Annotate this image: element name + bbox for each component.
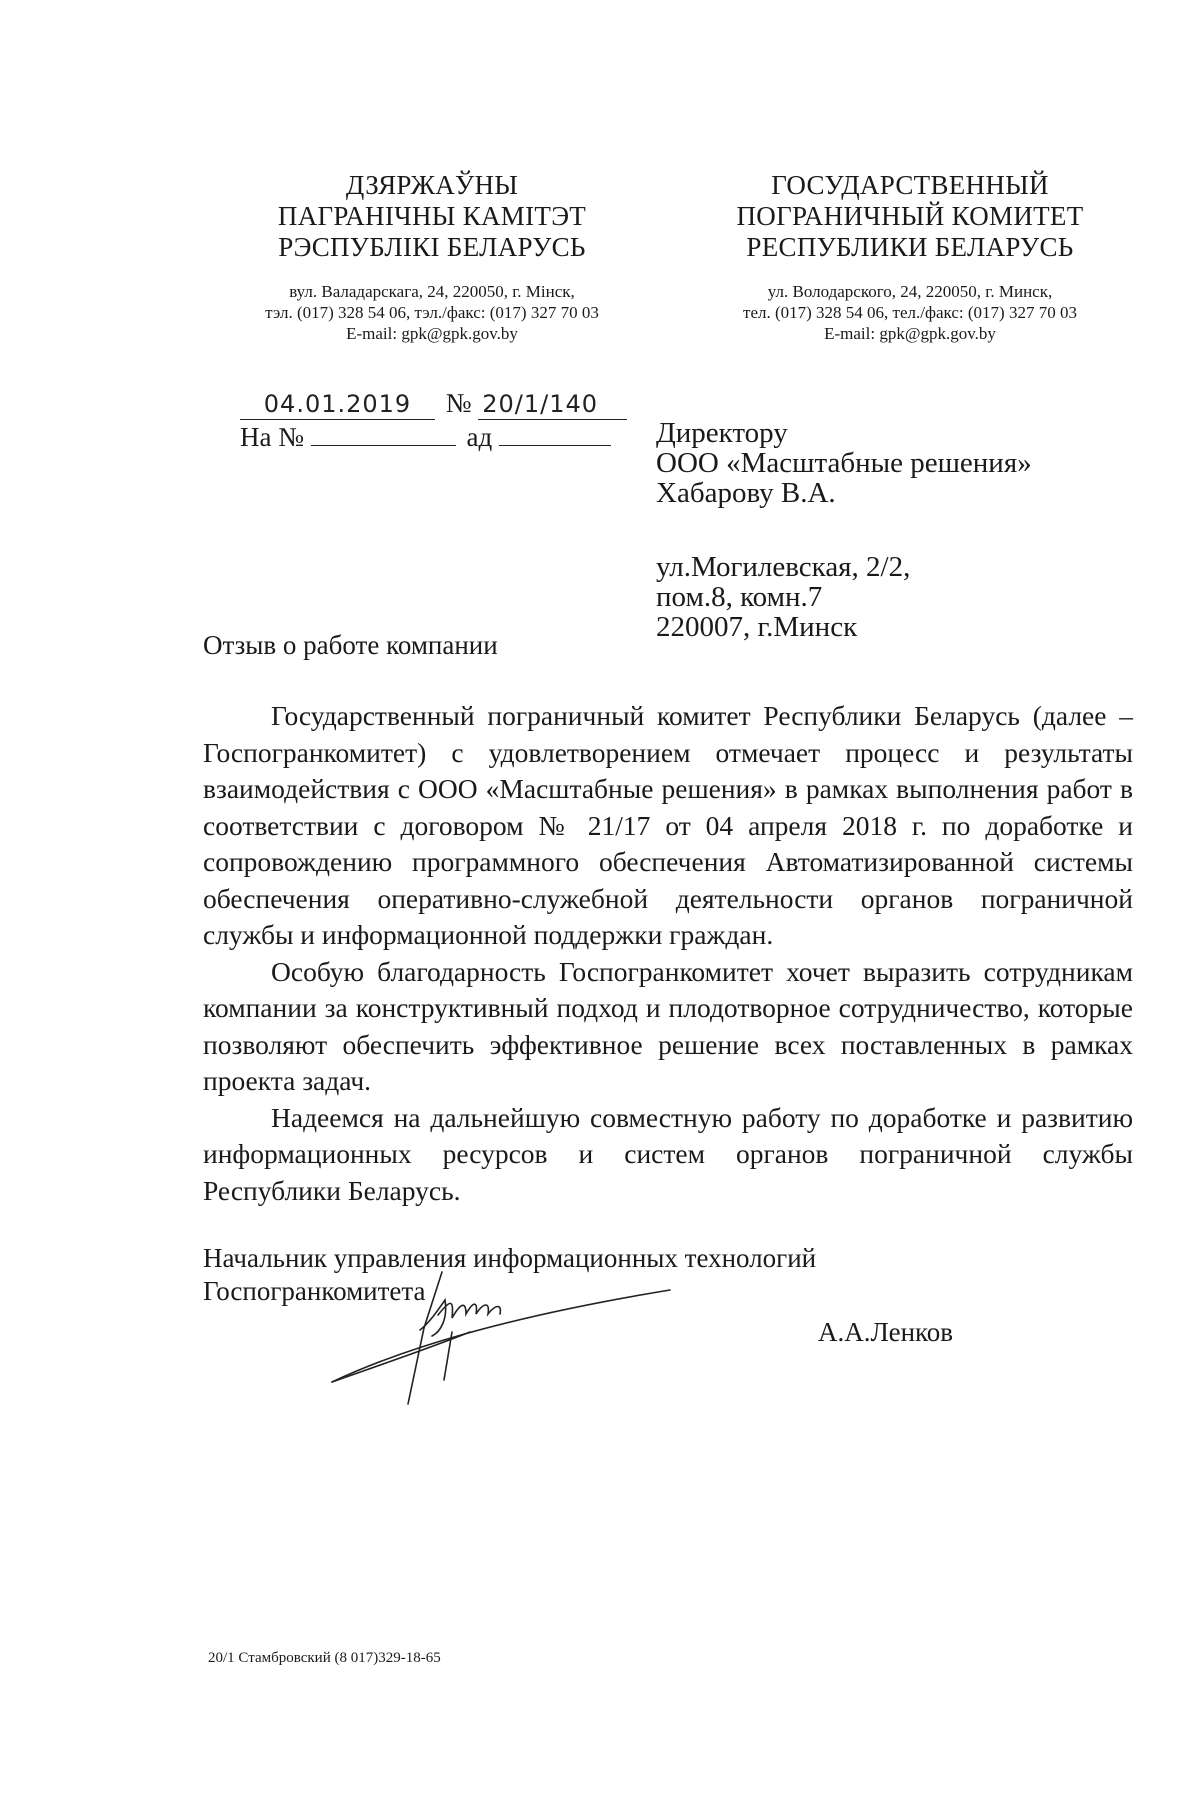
- letter-body: Государственный пограничный комитет Респ…: [203, 698, 1133, 1209]
- paragraph: Государственный пограничный комитет Респ…: [203, 698, 1133, 954]
- recipient-block: Директору ООО «Масштабные решения» Хабар…: [656, 418, 1116, 642]
- executor-note: 20/1 Стамбровский (8 017)329-18-65: [208, 1650, 441, 1667]
- org-name-ru: ГОСУДАРСТВЕННЫЙ ПОГРАНИЧНЫЙ КОМИТЕТ РЕСП…: [700, 170, 1120, 263]
- ref-label: На №: [240, 422, 304, 452]
- ref-date-blank: [499, 423, 611, 446]
- letter-date: 04.01.2019: [240, 389, 435, 420]
- org-name-by: ДЗЯРЖАЎНЫ ПАГРАНІЧНЫ КАМІТЭТ РЭСПУБЛІКІ …: [222, 170, 642, 263]
- paragraph: Особую благодарность Госпогранкомитет хо…: [203, 954, 1133, 1100]
- paragraph: Надеемся на дальнейшую совместную работу…: [203, 1100, 1133, 1210]
- subject-line: Отзыв о работе компании: [203, 630, 498, 661]
- contact-ru: ул. Володарского, 24, 220050, г. Минск, …: [700, 281, 1120, 344]
- letter-number: 20/1/140: [478, 389, 627, 420]
- email-ru: E-mail: gpk@gpk.gov.by: [700, 323, 1120, 344]
- registration-block: 04.01.2019 № 20/1/140 На № ад: [240, 388, 640, 452]
- handwritten-signature: [320, 1270, 680, 1410]
- registration-line-1: 04.01.2019 № 20/1/140: [240, 388, 640, 420]
- email-by: E-mail: gpk@gpk.gov.by: [222, 323, 642, 344]
- recipient-address: ул.Могилевская, 2/2, пом.8, комн.7 22000…: [656, 552, 1116, 642]
- ref-from-label: ад: [467, 422, 493, 452]
- registration-line-2: На № ад: [240, 422, 640, 452]
- number-label: №: [446, 388, 472, 418]
- ref-number-blank: [311, 423, 456, 446]
- signatory-name: А.А.Ленков: [818, 1316, 953, 1349]
- contact-by: вул. Валадарскага, 24, 220050, г. Мінск,…: [222, 281, 642, 344]
- header-belarusian: ДЗЯРЖАЎНЫ ПАГРАНІЧНЫ КАМІТЭТ РЭСПУБЛІКІ …: [222, 170, 642, 344]
- header-russian: ГОСУДАРСТВЕННЫЙ ПОГРАНИЧНЫЙ КОМИТЕТ РЕСП…: [700, 170, 1120, 344]
